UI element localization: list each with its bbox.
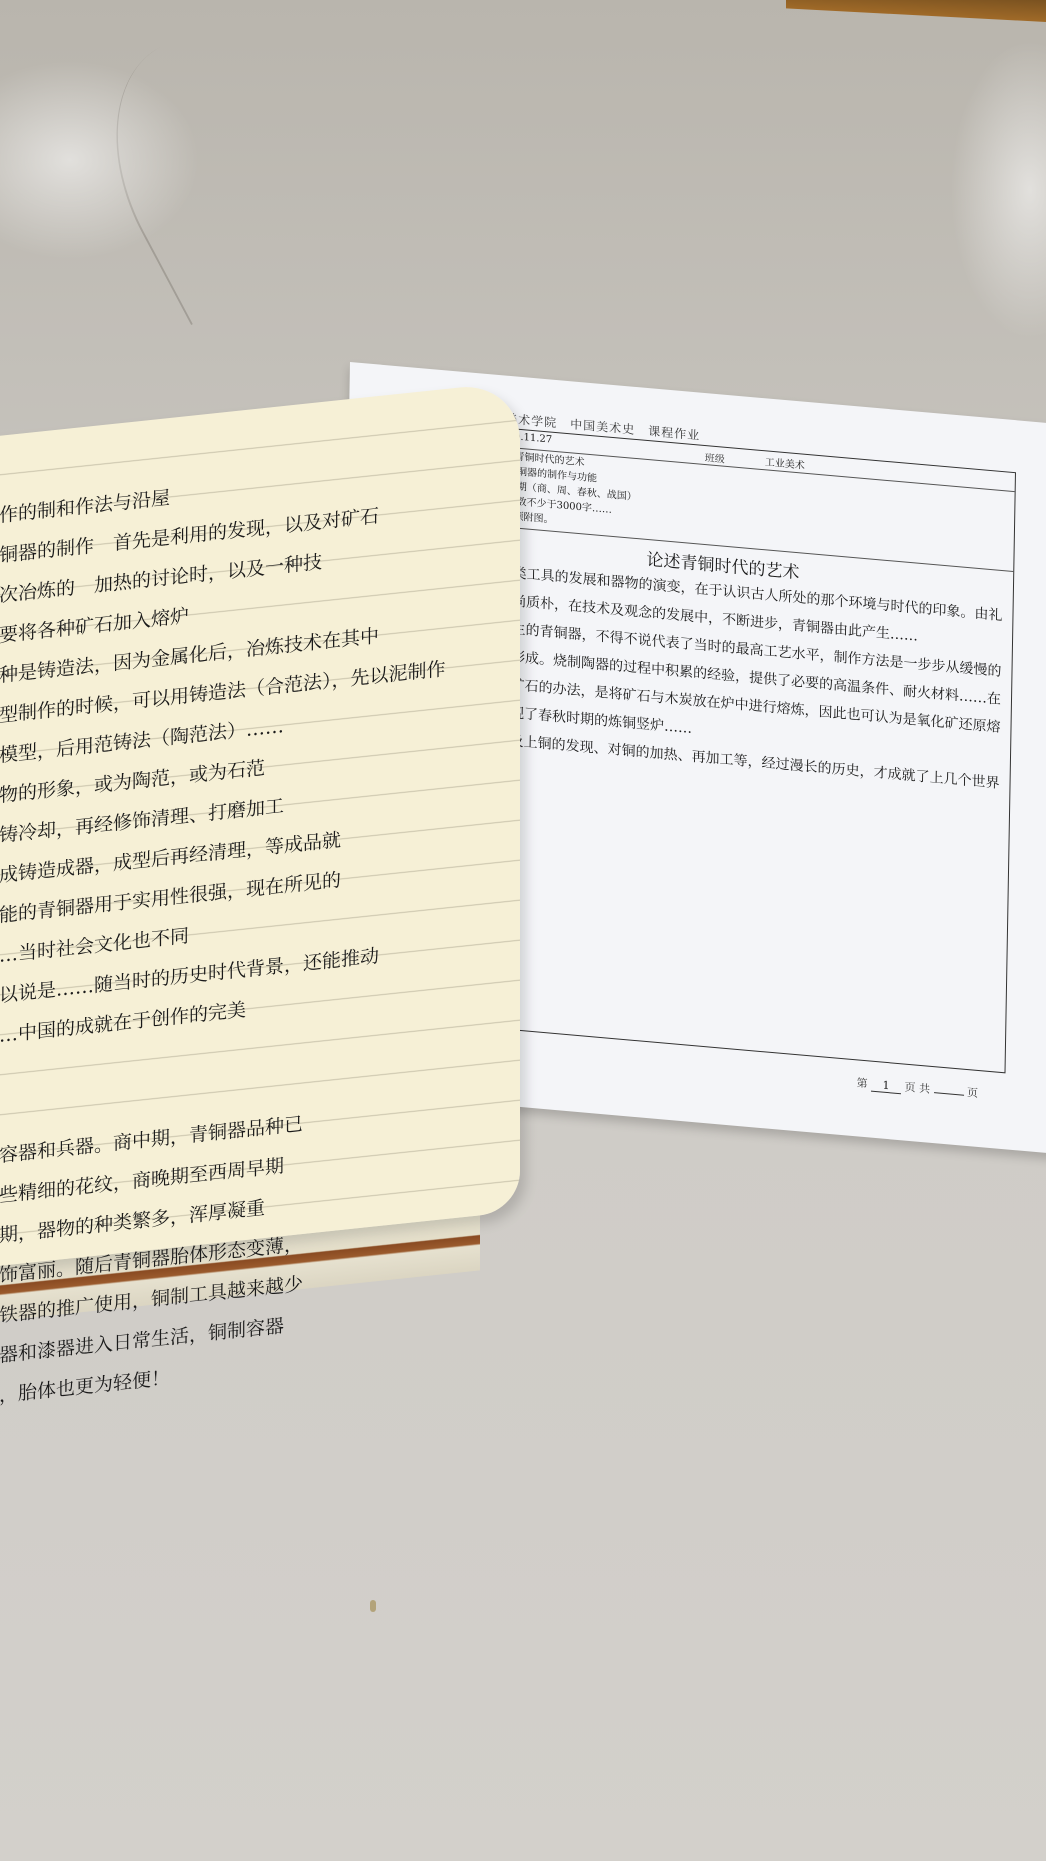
light-glare	[950, 40, 1046, 340]
page-total	[934, 1092, 964, 1096]
class-label: 班级	[705, 449, 725, 466]
page-number: 1	[871, 1078, 901, 1095]
page-footer: 第 1 页 共 页	[856, 1074, 978, 1101]
desk-far-edge	[786, 0, 1046, 22]
small-pin-on-desk	[370, 1600, 376, 1612]
notebook-page: 制作的制和作法与沿屋 青铜器的制作 首先是利用的发现，以及对矿石 二次冶炼的 加…	[0, 381, 520, 1270]
open-notebook: 制作的制和作法与沿屋 青铜器的制作 首先是利用的发现，以及对矿石 二次冶炼的 加…	[0, 380, 530, 1340]
notebook-handwriting: 制作的制和作法与沿屋 青铜器的制作 首先是利用的发现，以及对矿石 二次冶炼的 加…	[0, 445, 480, 1418]
